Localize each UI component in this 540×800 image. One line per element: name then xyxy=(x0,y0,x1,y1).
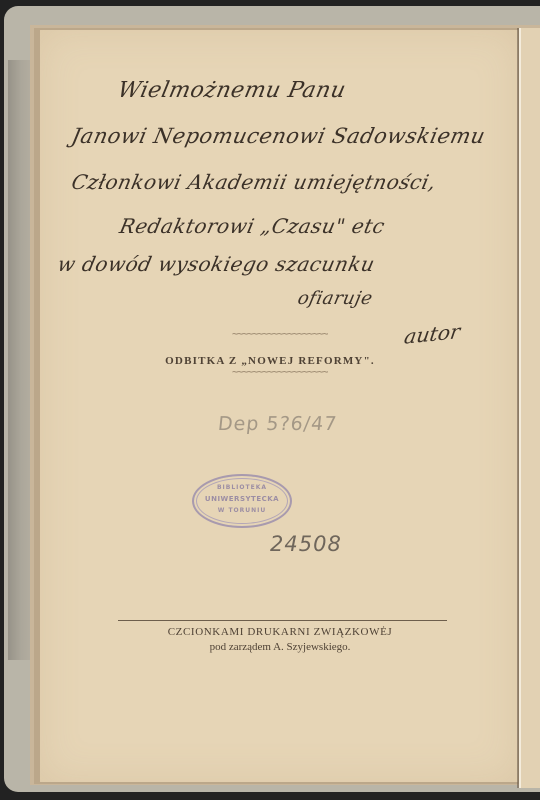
stamp-line-2: UNIWERSYTECKA xyxy=(194,495,290,503)
dedication-line-4: Redaktorowi „Czasu" etc xyxy=(117,214,387,238)
imprint-rule xyxy=(118,620,447,621)
stamp-line-1: BIBLIOTEKA xyxy=(194,484,290,491)
ornament-rule-top: ~~~~~~~~~~~~~~~~~~~~~~~~~~~~ xyxy=(232,332,328,338)
dedication-line-6: ofiaruje xyxy=(296,288,375,309)
dedication-line-5: w dowód wysokiego szacunku xyxy=(55,252,377,276)
dedication-line-3: Członkowi Akademii umiejętności, xyxy=(69,170,438,194)
reprint-note: ODBITKA Z „NOWEJ REFORMY". xyxy=(0,355,540,367)
imprint-line-2: pod zarządem A. Szyjewskiego. xyxy=(100,641,460,653)
adjacent-page xyxy=(519,28,540,788)
library-stamp: BIBLIOTEKA UNIWERSYTECKA W TORUNIU xyxy=(192,474,292,528)
pencil-shelfmark: Dep 5?6/47 xyxy=(217,413,339,435)
imprint-line-1: CZCIONKAMI DRUKARNI ZWIĄZKOWĖJ xyxy=(100,626,460,638)
stamp-line-3: W TORUNIU xyxy=(194,507,290,514)
accession-number: 24508 xyxy=(270,532,342,556)
dedication-line-2: Janowi Nepomucenowi Sadowskiemu xyxy=(69,124,487,148)
ornament-rule-bottom: ~~~~~~~~~~~~~~~~~~~~~~~~~~~~ xyxy=(232,370,328,376)
page-gutter xyxy=(517,28,519,788)
dedication-line-1: Wielmożnemu Panu xyxy=(115,78,348,103)
